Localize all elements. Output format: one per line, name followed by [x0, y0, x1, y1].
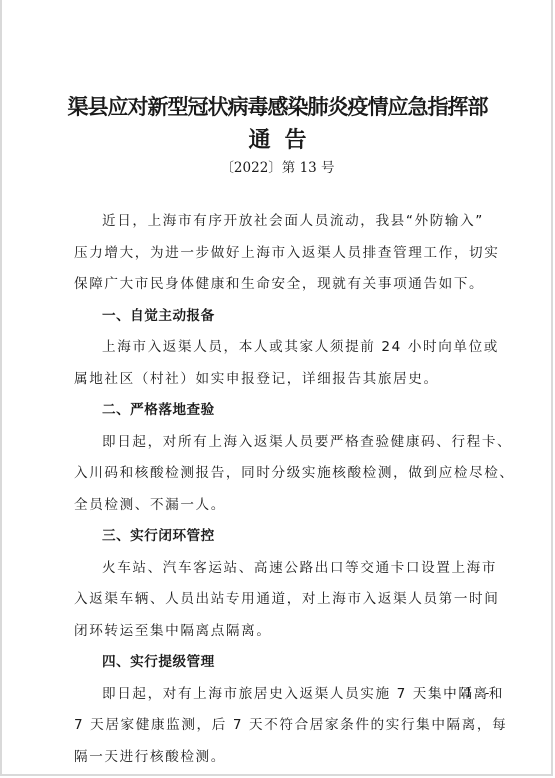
text-line: 即日起，对有上海市旅居史入返渠人员实施 7 天集中隔离和: [74, 679, 484, 711]
page-number: - 1 -: [448, 686, 493, 701]
section-3: 三、实行闭环管控 火车站、汽车客运站、高速公路出口等交通卡口设置上海市 入返渠车…: [74, 521, 484, 647]
section-2: 二、严格落地查验 即日起，对所有上海入返渠人员要严格查验健康码、行程卡、 入川码…: [74, 395, 484, 521]
text-line: 入川码和核酸检测报告，同时分级实施核酸检测，做到应检尽检、: [74, 458, 484, 490]
document-number: 〔2022〕第 13 号: [0, 158, 555, 178]
document-issuer-title: 渠县应对新型冠状病毒感染肺炎疫情应急指挥部: [0, 94, 555, 120]
text-line: 火车站、汽车客运站、高速公路出口等交通卡口设置上海市: [74, 553, 484, 585]
text-line: 压力增大，为进一步做好上海市入返渠人员排查管理工作，切实: [74, 238, 484, 270]
text-line: 7 天居家健康监测，后 7 天不符合居家条件的实行集中隔离，每: [74, 710, 484, 742]
text-line: 入返渠车辆、人员出站专用通道，对上海市入返渠人员第一时间: [74, 584, 484, 616]
document-type-title: 通告: [0, 126, 555, 154]
text-line: 隔一天进行核酸检测。: [74, 742, 484, 774]
section-heading: 一、自觉主动报备: [74, 301, 484, 333]
text-line: 近日，上海市有序开放社会面人员流动，我县“外防输入”: [74, 206, 484, 238]
text-line: 上海市入返渠人员，本人或其家人须提前 24 小时向单位或: [74, 332, 484, 364]
text-line: 属地社区（村社）如实申报登记，详细报告其旅居史。: [74, 364, 484, 396]
text-line: 闭环转运至集中隔离点隔离。: [74, 616, 484, 648]
section-4: 四、实行提级管理 即日起，对有上海市旅居史入返渠人员实施 7 天集中隔离和 7 …: [74, 647, 484, 773]
text-line: 保障广大市民身体健康和生命安全，现就有关事项通告如下。: [74, 269, 484, 301]
document-body: 近日，上海市有序开放社会面人员流动，我县“外防输入” 压力增大，为进一步做好上海…: [74, 206, 484, 773]
text-line: 即日起，对所有上海入返渠人员要严格查验健康码、行程卡、: [74, 427, 484, 459]
section-1: 一、自觉主动报备 上海市入返渠人员，本人或其家人须提前 24 小时向单位或 属地…: [74, 301, 484, 396]
text-line: 全员检测、不漏一人。: [74, 490, 484, 522]
section-heading: 四、实行提级管理: [74, 647, 484, 679]
intro-paragraph: 近日，上海市有序开放社会面人员流动，我县“外防输入” 压力增大，为进一步做好上海…: [74, 206, 484, 301]
section-heading: 二、严格落地查验: [74, 395, 484, 427]
section-heading: 三、实行闭环管控: [74, 521, 484, 553]
